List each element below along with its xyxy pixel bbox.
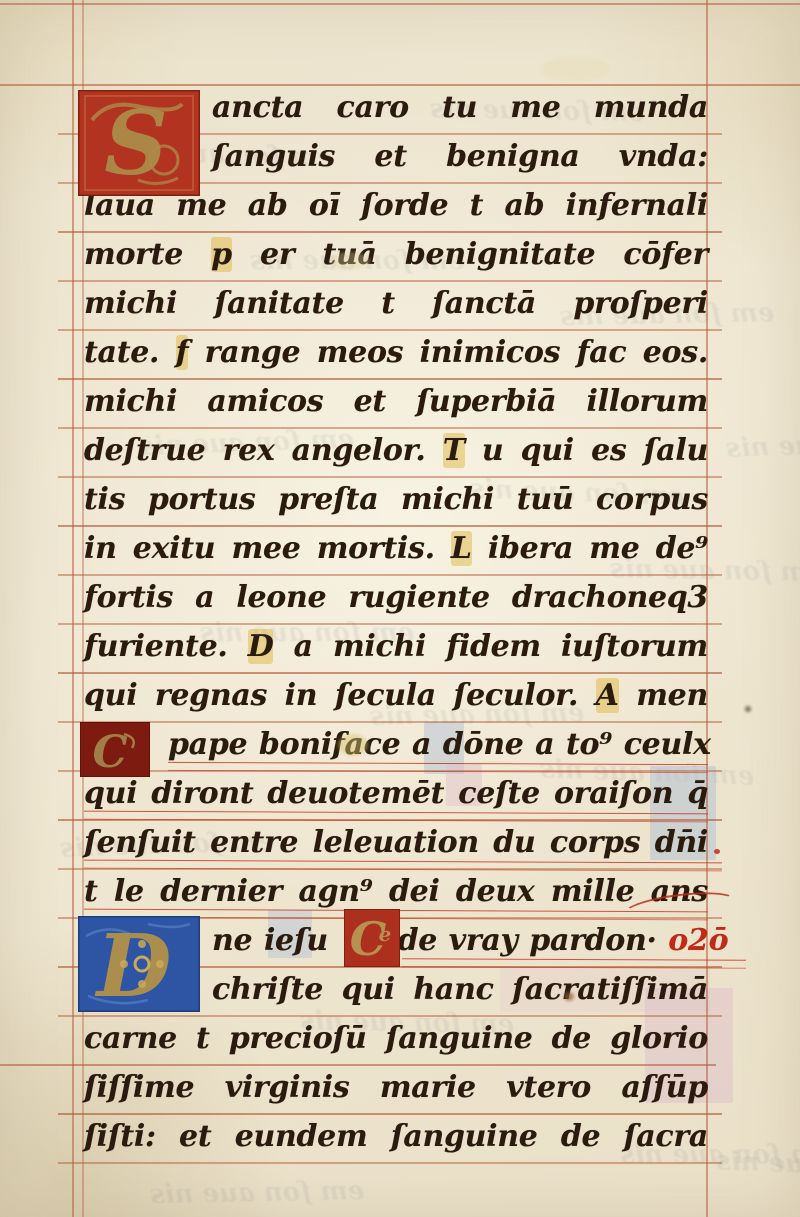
left-bounding-line [72,0,74,1217]
text-line-11: fortis a leone rugiente drachoneq3 [84,574,708,623]
script-text: chriſte qui hanc ſacratiſſimā [212,972,708,1007]
text-line-13: qui regnas in ſecula ſeculor. A men [84,672,708,721]
manuscript-page: em ſon aue nisem ſon aue nisem ſon aue n… [0,0,800,1217]
goldwash-capital: L [451,531,472,566]
illuminated-initial-ce: C e [344,909,400,971]
script-text: michi amicos et ſuperbiā illorum [84,384,708,419]
initial-ce-subletter: e [379,922,392,946]
script-text: tis portus preſta michi tuū corpus [84,482,708,517]
script-text: furiente. [84,629,248,664]
script-text: ſanguis et benigna vnda: [212,139,708,174]
script-text: qui diront deuotemēt ceſte oraiſon q̄ [84,776,708,811]
stain-spot [745,706,751,712]
script-text: er tuā benignitate cōfer [260,237,708,272]
stain-spot [540,56,610,82]
text-line-19: chriſte qui hanc ſacratiſſimā [212,966,708,1015]
script-text: tate. [84,335,176,370]
goldwash-capital: A [596,678,619,713]
showthrough-script: em ſon aue nis [726,426,800,463]
script-text: morte [84,237,211,272]
script-text: u qui es ſalu [482,433,708,468]
script-text: ancta caro tu me munda [212,90,708,125]
text-line-4: morte p er tuā benignitate cōfer [84,231,708,280]
stain-spot [564,992,574,1001]
script-text: qui regnas in ſecula ſeculor. [84,678,596,713]
initial-s-art: S [78,90,200,196]
script-text: ſenſuit entre leleuation du corps dn̄i [84,825,708,860]
script-text: t le dernier agn⁹ dei deux mille ans [84,874,708,909]
text-line-20: carne t precioſū ſanguine de glorio [84,1015,708,1064]
initial-s-letter: S [104,91,168,195]
initial-le-letter: C [92,727,127,777]
script-text: fortis a leone rugiente drachoneq3 [84,580,708,615]
initial-d-art: D [78,916,200,1012]
script-text: deſtrue rex angelor. [84,433,443,468]
goldwash-capital: f [176,335,189,370]
script-text: a michi fidem iuſtorum [294,629,708,664]
rubric-dot [714,849,720,854]
script-text: pape boniface a dōne a to⁹ ceulx [168,727,711,762]
illuminated-initial-d: D [78,916,200,1016]
stain-spot [330,252,370,270]
text-line-21: ſiſſime virginis marie vtero aſſūp [84,1064,708,1113]
goldwash-capital: D [248,629,274,664]
text-line-8: deſtrue rex angelor. T u qui es ſalu [84,427,708,476]
initial-ce-art: C e [344,909,400,967]
text-line-1: ancta caro tu me munda [212,84,708,133]
script-text: de vray pardon· [398,923,657,958]
text-line-2: ſanguis et benigna vnda: [212,133,708,182]
text-line-6: tate. f range meos inimicos fac eos. [84,329,708,378]
goldwash-capital: T [443,433,465,468]
script-text: men [636,678,708,713]
ruling-line [0,3,800,5]
rubric-word: o2ō [668,923,728,958]
illuminated-initial-s: S [78,90,200,200]
script-text: carne t precioſū ſanguine de glorio [84,1021,708,1056]
script-text: ſiſſime virginis marie vtero aſſūp [84,1070,708,1105]
text-line-5: michi ſanitate t ſanctā proſperi [84,280,708,329]
showthrough-script: em ſon aue nis [150,1176,365,1210]
goldwash-capital: p [211,237,232,272]
rubric-underline [402,958,746,969]
ruling-line [58,1162,722,1164]
script-text: ibera me de⁹ [488,531,708,566]
text-line-9: tis portus preſta michi tuū corpus [84,476,708,525]
script-text: range meos inimicos fac eos. [205,335,708,370]
script-text: in exitu mee mortis. [84,531,451,566]
initial-le-art: C [80,722,150,777]
showthrough-script: em ſon aue nis [716,1146,800,1183]
text-line-7: michi amicos et ſuperbiā illorum [84,378,708,427]
text-line-10: in exitu mee mortis. L ibera me de⁹ [84,525,708,574]
script-text: ſiſti: et eundem ſanguine de ſacra [84,1119,708,1154]
text-line-12: furiente. D a michi fidem iuſtorum [84,623,708,672]
script-text: michi ſanitate t ſanctā proſperi [84,286,708,321]
stain-spot [338,734,368,756]
text-line-22: ſiſti: et eundem ſanguine de ſacra [84,1113,708,1162]
script-text: ne ieſu [212,923,328,958]
illuminated-initial-le: C [80,722,150,781]
